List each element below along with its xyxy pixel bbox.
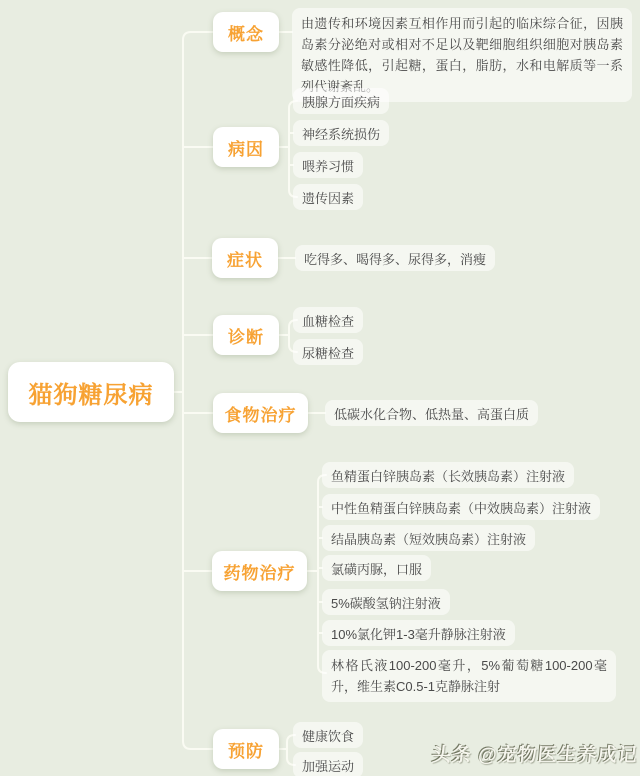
leaf-node-sodium-bicarbonate[interactable]: 5%碳酸氢钠注射液 bbox=[322, 589, 450, 615]
leaf-node-nervous-system-injury[interactable]: 神经系统损伤 bbox=[293, 120, 389, 146]
leaf-node-intermediate-insulin[interactable]: 中性鱼精蛋白锌胰岛素（中效胰岛素）注射液 bbox=[322, 494, 600, 520]
leaf-node-more-exercise[interactable]: 加强运动 bbox=[293, 752, 363, 776]
toutiao-watermark: 头条 @宠物医生养成记 bbox=[431, 740, 639, 767]
leaf-node-symptom-list[interactable]: 吃得多、喝得多、尿得多，消瘦 bbox=[295, 245, 495, 271]
root-node-diabetes[interactable]: 猫狗糖尿病 bbox=[8, 362, 174, 422]
trunk-line bbox=[183, 32, 213, 749]
leaf-node-blood-glucose-test[interactable]: 血糖检查 bbox=[293, 307, 363, 333]
leaf-node-genetic-factors[interactable]: 遗传因素 bbox=[293, 184, 363, 210]
mindmap-canvas: 猫狗糖尿病 概念 病因 症状 诊断 食物治疗 药物治疗 预防 由遗传和环境因素互… bbox=[0, 0, 640, 776]
branch-node-symptoms[interactable]: 症状 bbox=[212, 238, 278, 278]
leaf-node-chlorpropamide[interactable]: 氯磺丙脲，口服 bbox=[322, 555, 431, 581]
leaf-node-short-acting-insulin[interactable]: 结晶胰岛素（短效胰岛素）注射液 bbox=[322, 525, 535, 551]
leaf-node-healthy-diet[interactable]: 健康饮食 bbox=[293, 722, 363, 748]
branch-node-causes[interactable]: 病因 bbox=[213, 127, 279, 167]
branch-node-concept[interactable]: 概念 bbox=[213, 12, 279, 52]
leaf-node-ringers-glucose-vitc[interactable]: 林格氏液100-200毫升，5%葡萄糖100-200毫升，维生素C0.5-1克静… bbox=[322, 650, 616, 702]
branch-node-drug-treatment[interactable]: 药物治疗 bbox=[212, 551, 307, 591]
branch-node-diagnosis[interactable]: 诊断 bbox=[213, 315, 279, 355]
leaf-node-potassium-chloride[interactable]: 10%氯化钾1-3毫升静脉注射液 bbox=[322, 620, 515, 646]
leaf-node-diet-plan[interactable]: 低碳水化合物、低热量、高蛋白质 bbox=[325, 400, 538, 426]
branch-node-prevention[interactable]: 预防 bbox=[213, 729, 279, 769]
leaf-node-long-acting-insulin[interactable]: 鱼精蛋白锌胰岛素（长效胰岛素）注射液 bbox=[322, 462, 574, 488]
leaf-node-feeding-habits[interactable]: 喂养习惯 bbox=[293, 152, 363, 178]
leaf-node-pancreatic-disease[interactable]: 胰腺方面疾病 bbox=[293, 88, 389, 114]
branch-node-food-treatment[interactable]: 食物治疗 bbox=[213, 393, 308, 433]
leaf-node-urine-glucose-test[interactable]: 尿糖检查 bbox=[293, 339, 363, 365]
